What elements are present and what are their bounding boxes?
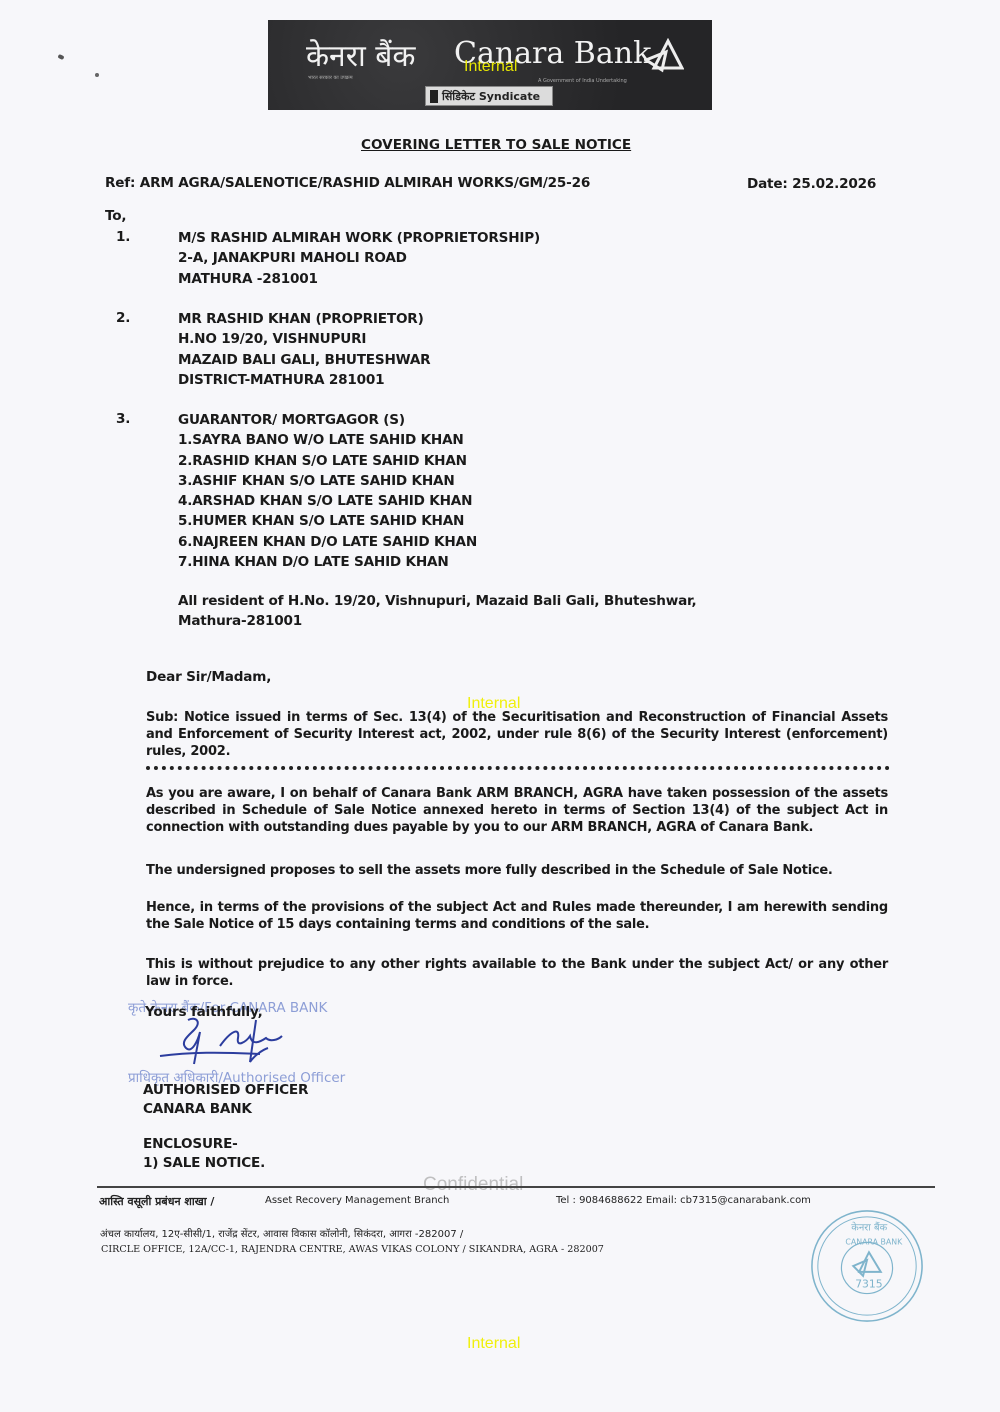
guarantor-line: 1.SAYRA BANO W/O LATE SAHID KHAN bbox=[178, 430, 477, 450]
branch-name-english: Asset Recovery Management Branch bbox=[265, 1195, 449, 1206]
contact-info: Tel : 9084688622 Email: cb7315@canaraban… bbox=[556, 1195, 811, 1206]
syndicate-logo-icon bbox=[430, 90, 438, 103]
guarantor-line: 2.RASHID KHAN S/O LATE SAHID KHAN bbox=[178, 451, 477, 471]
guarantor-line: 6.NAJREEN KHAN D/O LATE SAHID KHAN bbox=[178, 532, 477, 552]
address-line: H.NO 19/20, VISHNUPURI bbox=[178, 329, 430, 349]
resident-line: All resident of H.No. 19/20, Vishnupuri,… bbox=[178, 591, 697, 611]
salutation: Dear Sir/Madam, bbox=[146, 669, 271, 685]
address-line: MR RASHID KHAN (PROPRIETOR) bbox=[178, 309, 430, 329]
address-line: MAZAID BALI GALI, BHUTESHWAR bbox=[178, 350, 430, 370]
subject-line: Sub: Notice issued in terms of Sec. 13(4… bbox=[146, 710, 888, 760]
letter-title: COVERING LETTER TO SALE NOTICE bbox=[361, 137, 631, 153]
dotted-divider bbox=[146, 766, 890, 770]
address-line: DISTRICT-MATHURA 281001 bbox=[178, 370, 430, 390]
address-hindi: अंचल कार्यालय, 12ए-सीसी/1, राजेंद्र सेंट… bbox=[100, 1226, 463, 1240]
to-label: To, bbox=[105, 208, 126, 224]
syndicate-label: सिंडिकेट Syndicate bbox=[442, 90, 540, 103]
scan-speck bbox=[95, 73, 99, 77]
branch-seal-icon: 7315 केनरा बैंक CANARA BANK bbox=[808, 1207, 926, 1325]
resident-note: All resident of H.No. 19/20, Vishnupuri,… bbox=[178, 591, 697, 632]
recipient-number: 1. bbox=[116, 229, 130, 245]
enclosure-item: 1) SALE NOTICE. bbox=[143, 1155, 265, 1171]
guarantor-line: 5.HUMER KHAN S/O LATE SAHID KHAN bbox=[178, 511, 477, 531]
recipient-number: 2. bbox=[116, 310, 130, 326]
address-line: M/S RASHID ALMIRAH WORK (PROPRIETORSHIP) bbox=[178, 228, 540, 248]
body-paragraph: The undersigned proposes to sell the ass… bbox=[146, 863, 888, 880]
guarantor-line: 4.ARSHAD KHAN S/O LATE SAHID KHAN bbox=[178, 491, 477, 511]
guarantor-line: 3.ASHIF KHAN S/O LATE SAHID KHAN bbox=[178, 471, 477, 491]
address-english: CIRCLE OFFICE, 12A/CC-1, RAJENDRA CENTRE… bbox=[101, 1244, 604, 1255]
address-line: MATHURA -281001 bbox=[178, 269, 540, 289]
scan-speck bbox=[57, 54, 64, 60]
body-paragraph: This is without prejudice to any other r… bbox=[146, 957, 888, 991]
signatory-title: AUTHORISED OFFICER bbox=[143, 1082, 308, 1098]
recipient-2-address: MR RASHID KHAN (PROPRIETOR) H.NO 19/20, … bbox=[178, 309, 430, 390]
svg-text:CANARA BANK: CANARA BANK bbox=[845, 1237, 903, 1246]
syndicate-badge: सिंडिकेट Syndicate bbox=[425, 86, 553, 106]
body-paragraph: Hence, in terms of the provisions of the… bbox=[146, 900, 888, 934]
letterhead-banner: केनरा बैंक Canara Bank भारत सरकार का उपक… bbox=[268, 20, 712, 110]
letter-date: Date: 25.02.2026 bbox=[747, 176, 876, 192]
canara-logo-icon bbox=[644, 38, 684, 74]
recipient-1-address: M/S RASHID ALMIRAH WORK (PROPRIETORSHIP)… bbox=[178, 228, 540, 289]
watermark-internal: Internal bbox=[467, 1335, 520, 1353]
resident-line: Mathura-281001 bbox=[178, 611, 697, 631]
body-paragraph: As you are aware, I on behalf of Canara … bbox=[146, 786, 888, 836]
tagline-english: A Government of India Undertaking bbox=[538, 78, 627, 84]
guarantor-line: 7.HINA KHAN D/O LATE SAHID KHAN bbox=[178, 552, 477, 572]
recipient-number: 3. bbox=[116, 411, 130, 427]
tagline-hindi: भारत सरकार का उपक्रम bbox=[308, 75, 353, 81]
address-line: GUARANTOR/ MORTGAGOR (S) bbox=[178, 410, 477, 430]
recipient-3-guarantors: GUARANTOR/ MORTGAGOR (S) 1.SAYRA BANO W/… bbox=[178, 410, 477, 572]
svg-text:7315: 7315 bbox=[855, 1278, 882, 1291]
enclosure-label: ENCLOSURE- bbox=[143, 1136, 238, 1152]
svg-text:केनरा बैंक: केनरा बैंक bbox=[851, 1222, 887, 1234]
signatory-org: CANARA BANK bbox=[143, 1101, 252, 1117]
address-line: 2-A, JANAKPURI MAHOLI ROAD bbox=[178, 248, 540, 268]
bank-name-hindi: केनरा बैंक bbox=[306, 34, 415, 75]
footer-rule bbox=[97, 1186, 935, 1188]
branch-name-hindi: आस्ति वसूली प्रबंधन शाखा / bbox=[99, 1194, 214, 1209]
watermark-confidential: Confidential bbox=[423, 1174, 523, 1196]
reference-number: Ref: ARM AGRA/SALENOTICE/RASHID ALMIRAH … bbox=[105, 175, 590, 191]
watermark-internal: Internal bbox=[464, 58, 517, 76]
